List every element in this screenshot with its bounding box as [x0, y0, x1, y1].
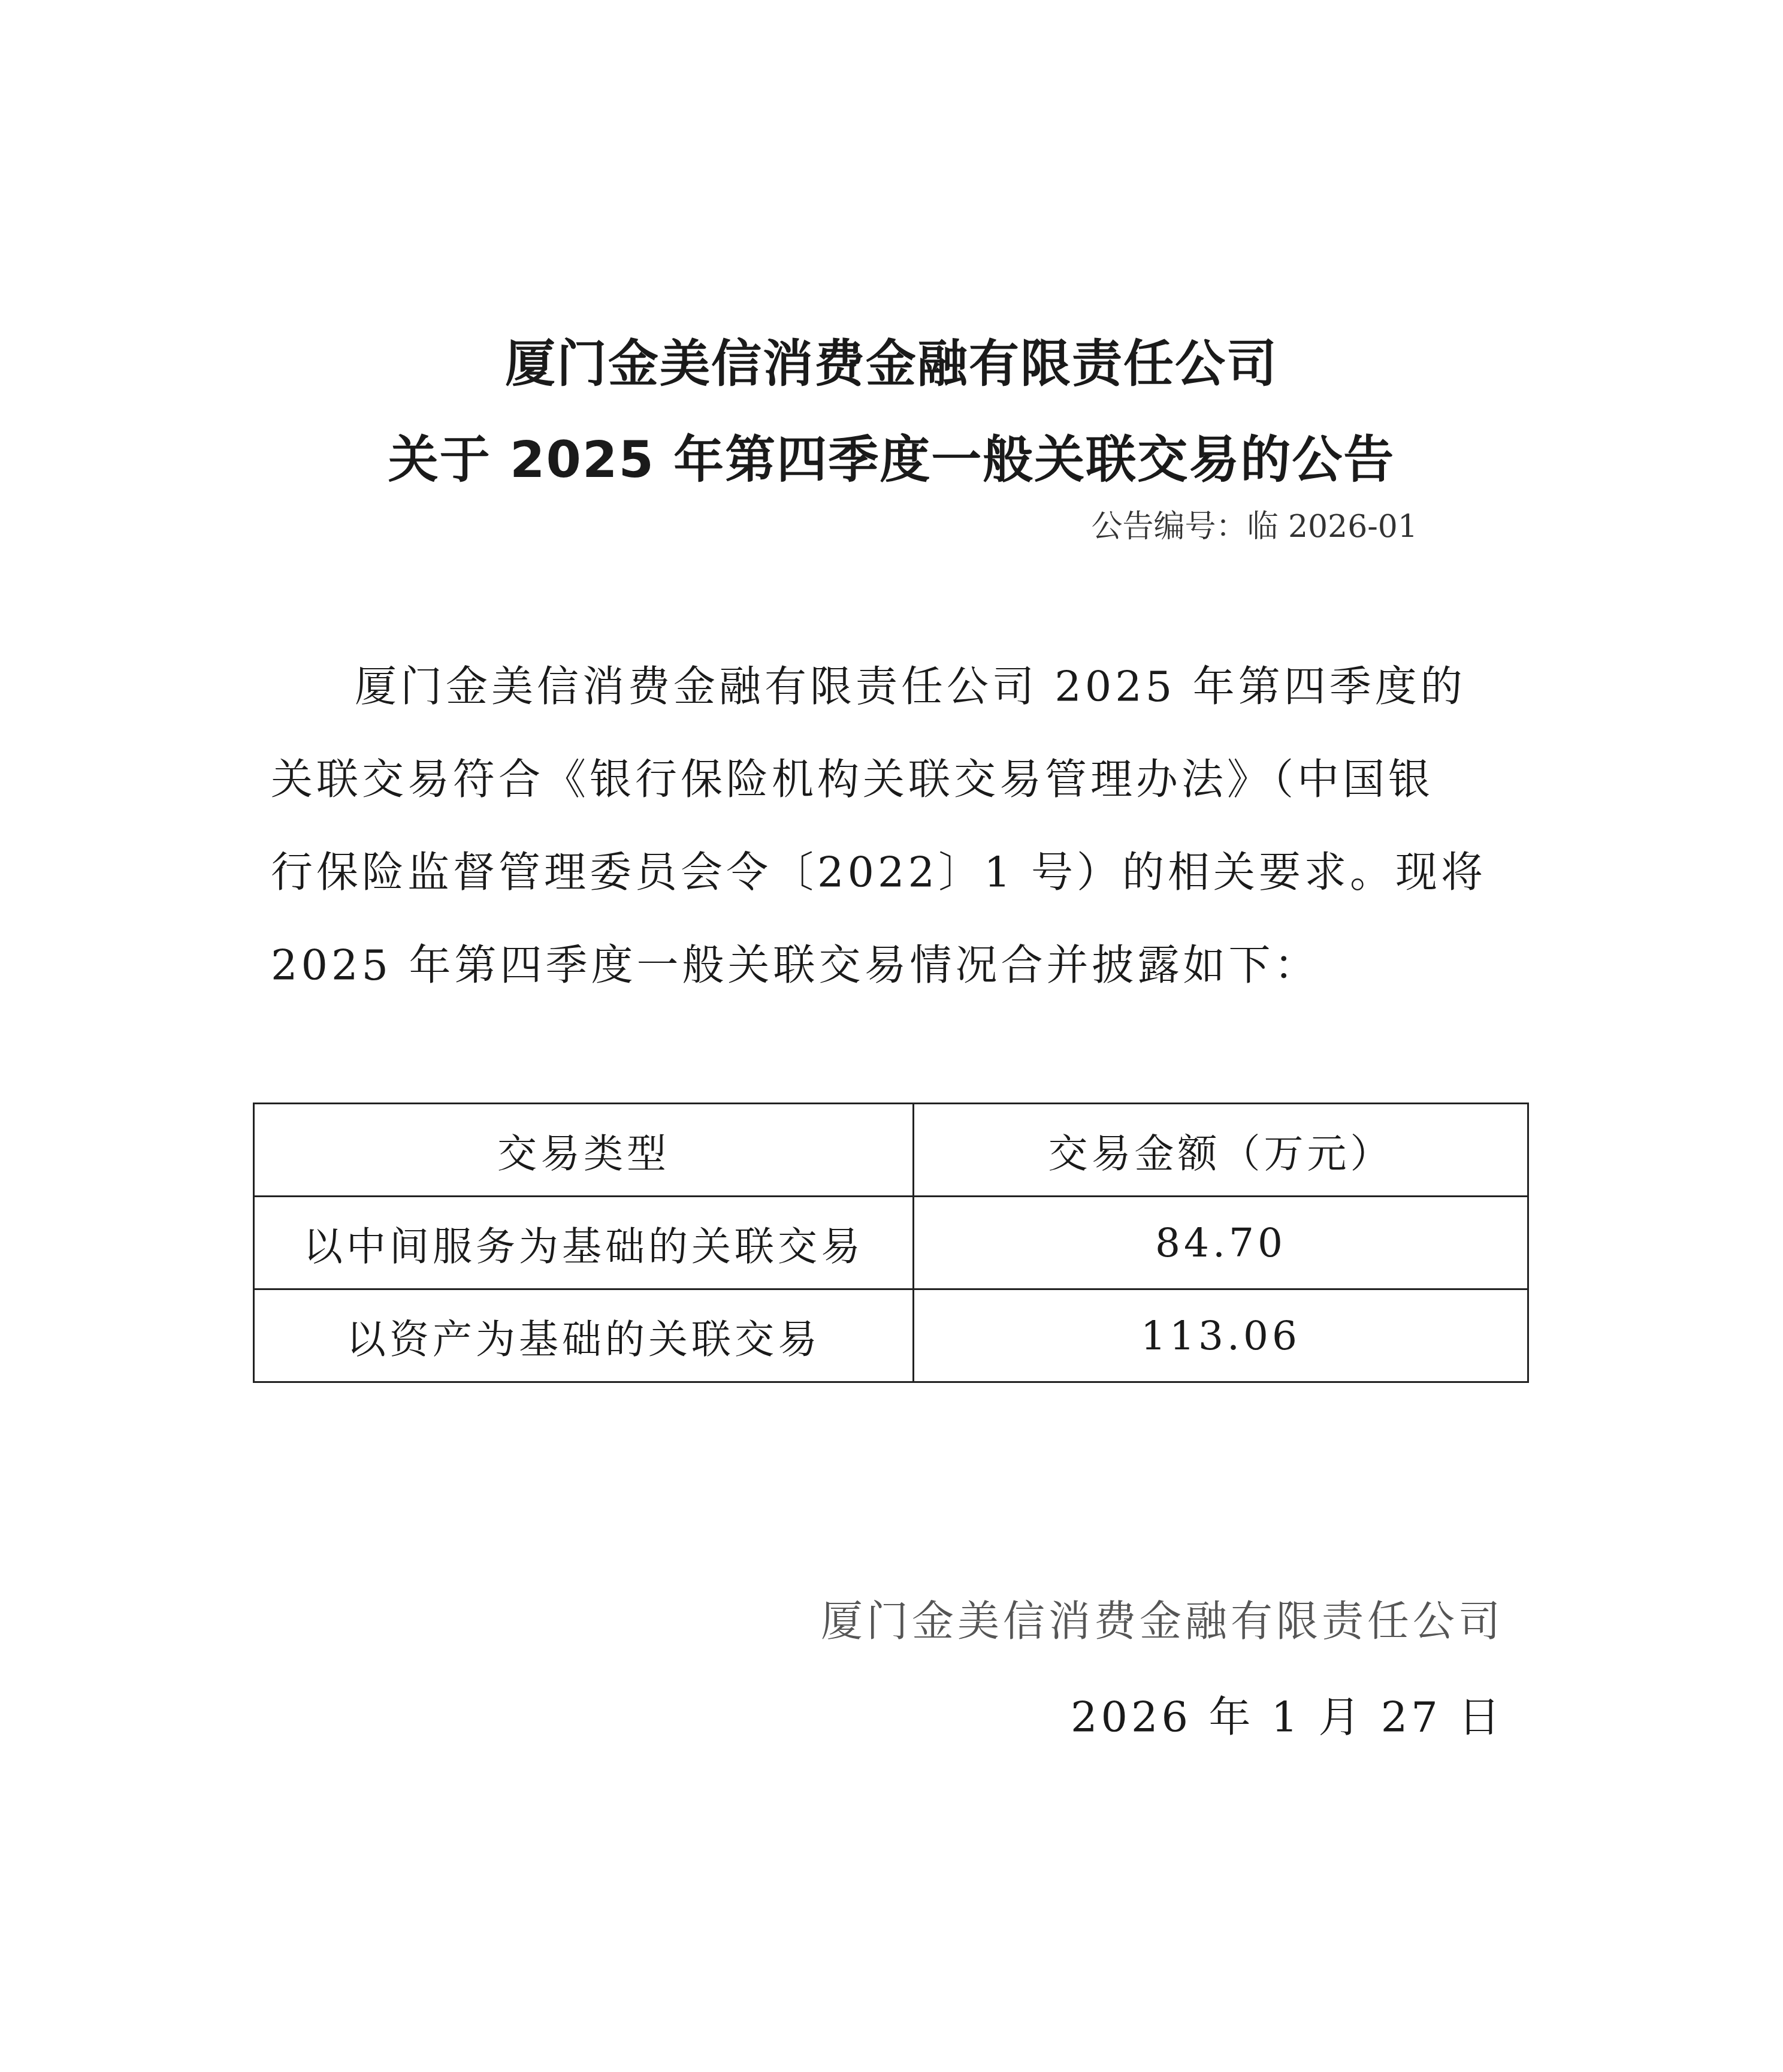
table-row: 以资产为基础的关联交易 113.06: [254, 1289, 1528, 1382]
notice-number: 公告编号：临 2026-01: [1091, 501, 1418, 546]
title-company: 厦门金美信消费金融有限责任公司: [0, 324, 1783, 396]
signature-company: 厦门金美信消费金融有限责任公司: [821, 1588, 1504, 1648]
cell-type: 以中间服务为基础的关联交易: [254, 1197, 914, 1289]
body-line-3: 行保险监督管理委员会令〔2022〕1 号）的相关要求。现将: [271, 839, 1505, 899]
transactions-table: 交易类型 交易金额（万元） 以中间服务为基础的关联交易 84.70 以资产为基础…: [253, 1103, 1529, 1383]
body-line-4: 2025 年第四季度一般关联交易情况合并披露如下：: [271, 932, 1505, 992]
cell-amount: 84.70: [914, 1197, 1528, 1289]
body-line-2: 关联交易符合《银行保险机构关联交易管理办法》（中国银: [271, 746, 1505, 807]
cell-type: 以资产为基础的关联交易: [254, 1289, 914, 1382]
body-line-1: 厦门金美信消费金融有限责任公司 2025 年第四季度的: [271, 653, 1505, 714]
table-row: 以中间服务为基础的关联交易 84.70: [254, 1197, 1528, 1289]
cell-amount: 113.06: [914, 1289, 1528, 1382]
title-announcement: 关于 2025 年第四季度一般关联交易的公告: [0, 419, 1783, 492]
header-type: 交易类型: [254, 1104, 914, 1197]
signature-date: 2026 年 1 月 27 日: [1071, 1684, 1504, 1744]
table-header-row: 交易类型 交易金额（万元）: [254, 1104, 1528, 1197]
header-amount: 交易金额（万元）: [914, 1104, 1528, 1197]
